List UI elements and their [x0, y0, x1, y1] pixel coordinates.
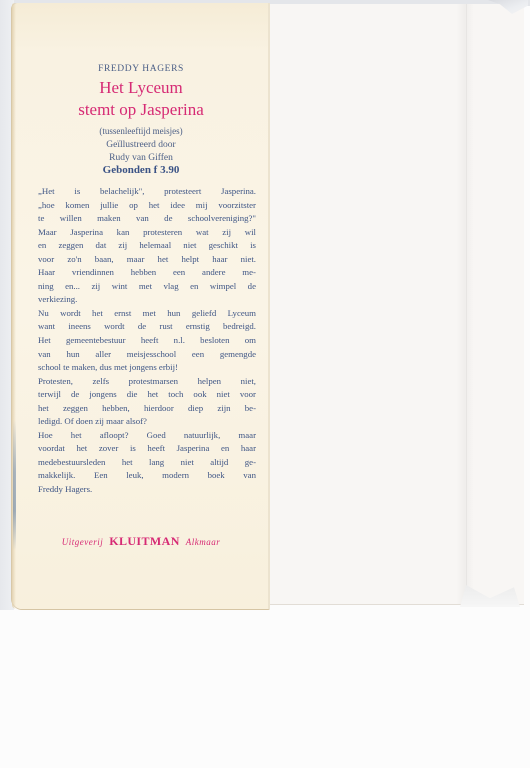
cover-spine-edge — [13, 420, 16, 550]
book-title-line-2: stemt op Jasperina — [12, 99, 270, 121]
author-name: FREDDY HAGERS — [12, 64, 270, 74]
blurb-line: Maar Jasperina kan protesteren wat zij w… — [38, 226, 256, 240]
blurb-line: ledigd. Of doen zij maar alsof? — [38, 415, 256, 429]
blurb-line: van hun aller meisjesschool een gemengde — [38, 348, 256, 362]
publisher-name: KLUITMAN — [109, 534, 180, 548]
blurb-line: medebestuursleden het lang niet altijd g… — [38, 456, 256, 470]
blurb-line: want ineens wordt de rust ernstig bedrei… — [38, 320, 256, 334]
blurb-line: terwijl de jongens die het toch ook niet… — [38, 388, 256, 402]
book-blurb: „Het is belachelijk", protesteert Jasper… — [38, 185, 256, 497]
blurb-line: te willen maken van de schoolvereniging?… — [38, 212, 256, 226]
jacket-back-panel — [270, 4, 524, 605]
blurb-line: het zeggen hebben, hierdoor diep zijn be… — [38, 402, 256, 416]
blurb-line: Freddy Hagers. — [38, 483, 256, 497]
blurb-line: Protesten, zelfs protestmarsen helpen ni… — [38, 375, 256, 389]
book-price: Gebonden f 3.90 — [12, 164, 270, 176]
blurb-line: verkiezing. — [38, 293, 256, 307]
blurb-line: „Het is belachelijk", protesteert Jasper… — [38, 185, 256, 199]
blurb-line: voordat het zover is heeft Jasperina en … — [38, 442, 256, 456]
illustrator-line-1: Geïllustreerd door — [12, 139, 270, 152]
blurb-line: ning en... zij wint met vlag en wimpel d… — [38, 280, 256, 294]
blurb-line: school te maken, dus met jongens erbij! — [38, 361, 256, 375]
publisher-imprint: UitgeverijKLUITMANAlkmaar — [12, 532, 270, 550]
publisher-city: Alkmaar — [186, 537, 221, 547]
illustrator-credit: Geïllustreerd door Rudy van Giffen — [12, 139, 270, 164]
blurb-line: en zeggen dat zij helemaal niet geschikt… — [38, 239, 256, 253]
jacket-fold-line — [466, 4, 467, 604]
blurb-line: Haar vriendinnen hebben een andere me- — [38, 266, 256, 280]
book-title-line-1: Het Lyceum — [12, 77, 270, 99]
blurb-line: Hoe het afloopt? Goed natuurlijk, maar — [38, 429, 256, 443]
blurb-line: Nu wordt het ernst met hun geliefd Lyceu… — [38, 307, 256, 321]
illustrator-line-2: Rudy van Giffen — [12, 152, 270, 165]
publisher-prefix: Uitgeverij — [62, 537, 104, 547]
blurb-line: Het gemeentebestuur heeft n.l. besloten … — [38, 334, 256, 348]
jacket-crease — [456, 4, 474, 604]
book-subtitle: (tussenleeftijd meisjes) — [12, 126, 270, 136]
blurb-line: voor zo'n baan, maar het helpt haar niet… — [38, 253, 256, 267]
blurb-line: „hoe komen jullie op het idee mij voorzi… — [38, 199, 256, 213]
blurb-line: makkelijk. Een leuk, modern boek van — [38, 469, 256, 483]
book-title: Het Lyceum stemt op Jasperina — [12, 77, 270, 121]
